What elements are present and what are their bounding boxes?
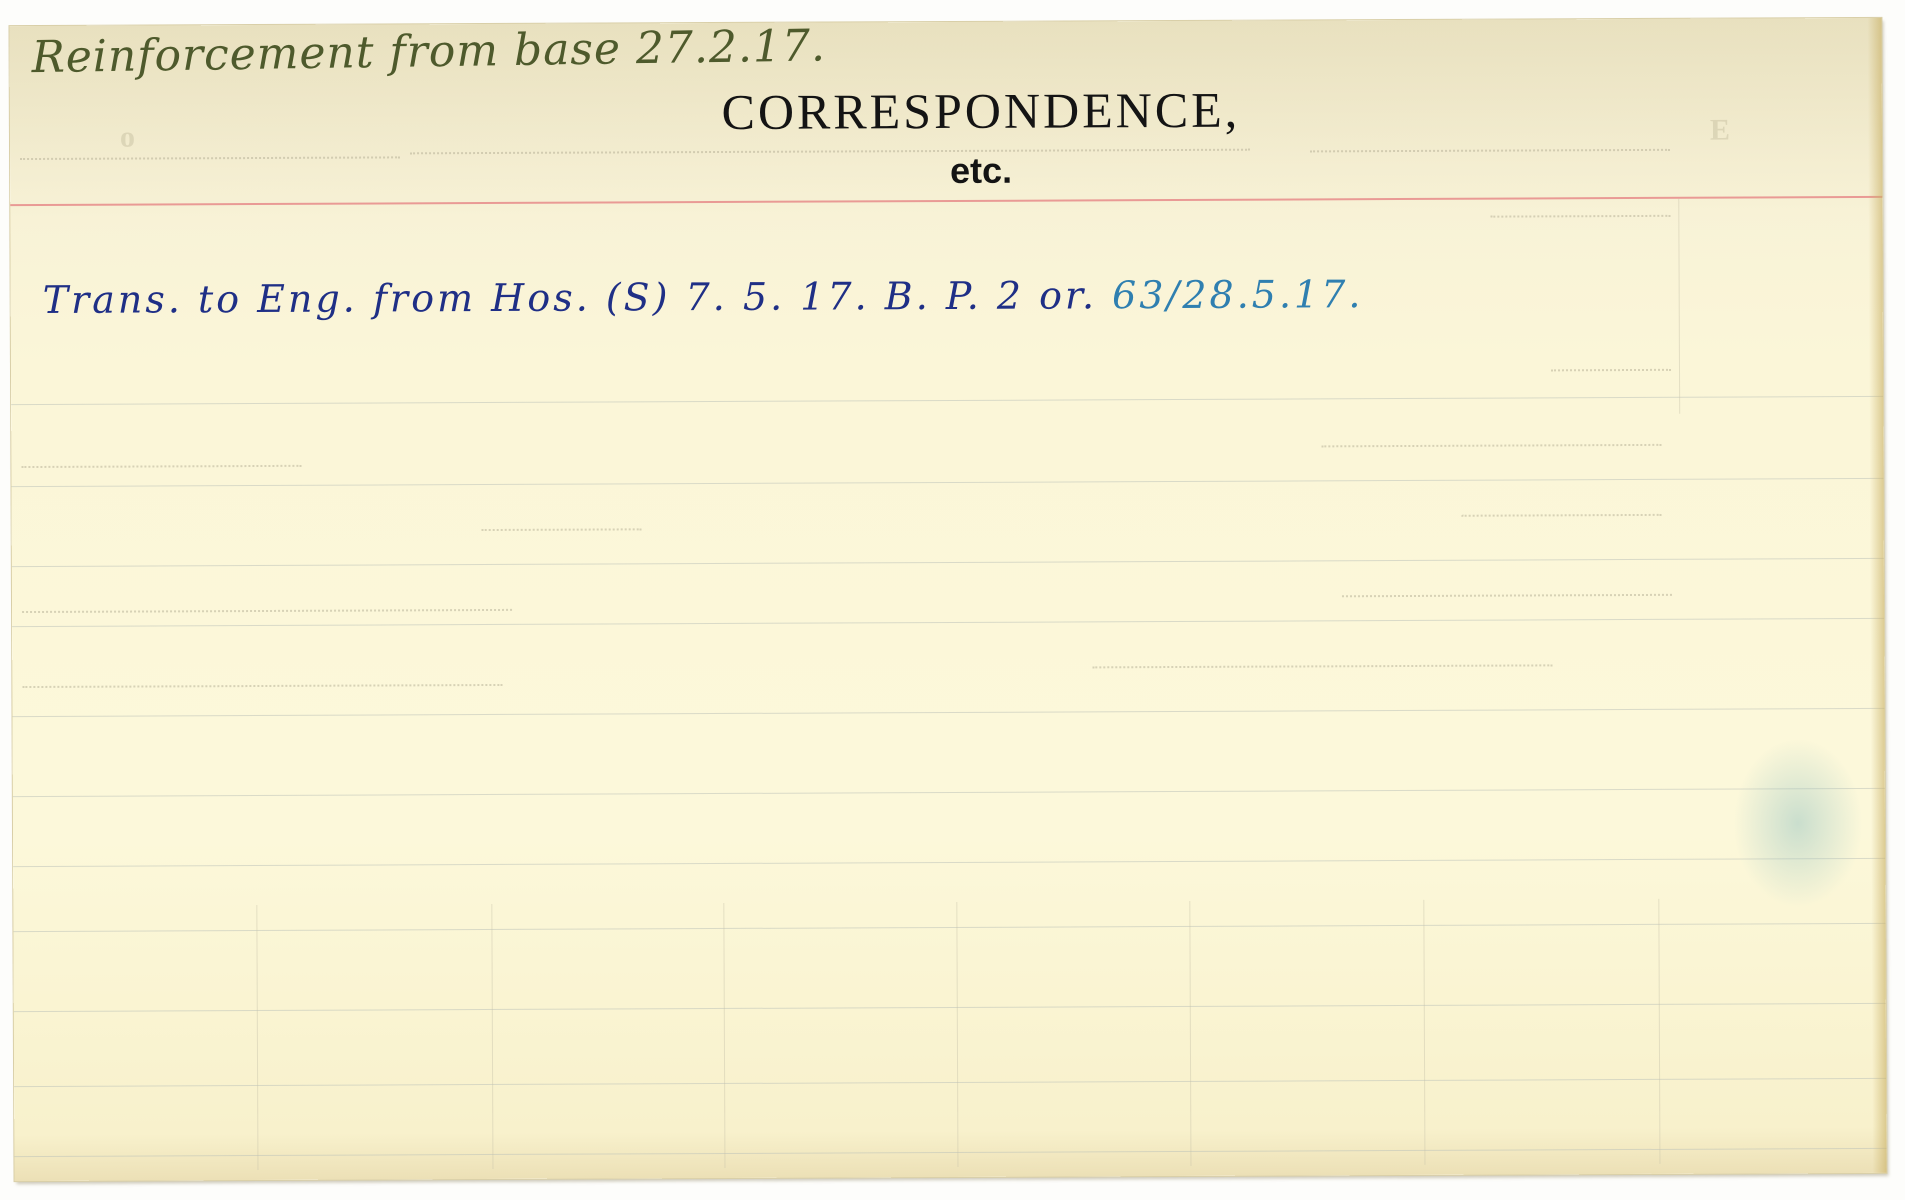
- printed-heading: CORRESPONDENCE,: [10, 78, 1882, 144]
- handwritten-entry-transfer: Trans. to Eng. from Hos. (S) 7. 5. 17. B…: [43, 272, 1364, 322]
- dotted-rule: [1551, 369, 1671, 372]
- column-rule: [1658, 899, 1660, 1164]
- ledger-rule: [13, 923, 1885, 932]
- ink-stain: [1733, 738, 1864, 909]
- ledger-rule: [14, 1003, 1886, 1012]
- dotted-rule: [22, 684, 502, 688]
- ledger-rule: [12, 618, 1884, 627]
- dotted-rule: [22, 609, 512, 613]
- dotted-rule: [21, 465, 301, 468]
- dotted-rule: [1092, 664, 1552, 668]
- ledger-rule: [12, 708, 1884, 717]
- dotted-rule: [1321, 444, 1661, 447]
- dotted-rule: [1462, 514, 1662, 517]
- ledger-rule: [11, 478, 1883, 487]
- handwritten-annotation-reinforcement: Reinforcement from base 27.2.17.: [31, 20, 826, 83]
- ledger-rule: [12, 558, 1884, 567]
- ledger-rule: [14, 1148, 1886, 1157]
- dotted-rule: [1490, 215, 1670, 218]
- ledger-rule: [14, 1078, 1886, 1087]
- column-rule: [256, 905, 258, 1170]
- column-rule: [956, 902, 958, 1167]
- column-rule: [723, 903, 725, 1168]
- record-card: E o Reinforcement from base 27.2.17. COR…: [9, 18, 1886, 1181]
- column-rule: [1189, 901, 1191, 1166]
- ledger-rule: [13, 788, 1885, 797]
- printed-subheading: etc.: [10, 146, 1882, 196]
- dotted-rule: [1342, 594, 1672, 597]
- ledger-rule: [13, 858, 1885, 867]
- dotted-rule: [482, 528, 642, 531]
- column-rule: [1678, 199, 1680, 414]
- column-rule: [1423, 900, 1425, 1165]
- red-header-rule: [10, 196, 1882, 206]
- entry-text-light-ink: 63/28.5.17.: [1097, 272, 1364, 317]
- entry-text-dark-ink: Trans. to Eng. from Hos. (S) 7. 5. 17. B…: [43, 273, 1098, 322]
- column-rule: [491, 904, 493, 1169]
- ledger-rule: [11, 396, 1883, 405]
